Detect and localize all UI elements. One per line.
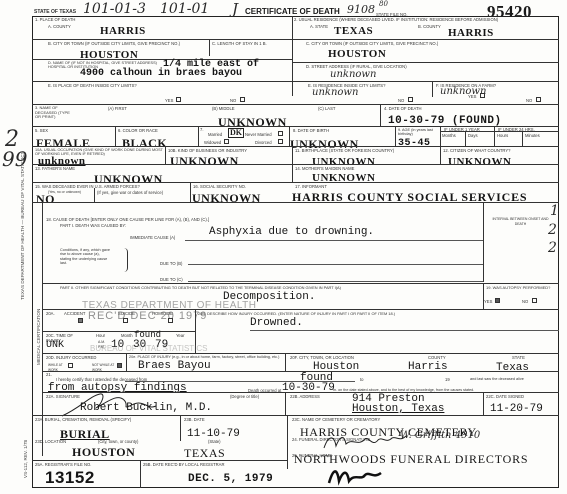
hours-label: Hours [497, 133, 508, 138]
months-label: Months [442, 133, 456, 138]
interval-mark-2: 2 [548, 222, 557, 238]
registrar-file-value: 13152 [45, 468, 95, 488]
father-label: 13. FATHER'S NAME [35, 166, 75, 171]
divider [140, 460, 141, 488]
burial-state-value: TEXAS [184, 446, 225, 461]
divider [198, 126, 199, 146]
conditions-brace [124, 248, 128, 272]
res-inside-no-label: NO [398, 98, 404, 103]
age-label: 9. AGE (In years last birthday) [398, 128, 438, 136]
registrar-file-label: 25a. REGISTRAR'S FILE NO. [35, 462, 91, 467]
divider [395, 126, 396, 146]
state-label: STATE OF TEXAS [34, 10, 76, 15]
interval-mark-3: 2 [548, 240, 557, 256]
part1-label: PART I. DEATH WAS CAUSED BY: [60, 223, 126, 228]
never-married-label: Never Married [245, 132, 272, 137]
degree-label: (Degree or title) [230, 394, 259, 399]
divider [440, 126, 441, 146]
divider [285, 392, 286, 415]
address-label: 22b. ADDRESS [290, 394, 320, 399]
divider [292, 62, 559, 63]
burial-date-label: 23b. DATE [184, 417, 205, 422]
divider [42, 331, 195, 332]
hand-title-note-2: 80 [379, 0, 388, 8]
res-state-value: TEXAS [334, 25, 373, 37]
divider [32, 202, 559, 203]
farm-yes-checkbox[interactable] [480, 93, 485, 98]
divider [465, 131, 466, 146]
registrar-signature [325, 465, 385, 487]
last-name-label: (c) Last [318, 106, 335, 111]
res-inside-no-checkbox[interactable] [408, 97, 413, 102]
farm-yes-label: YES [468, 94, 476, 99]
certification-label: 21. [46, 372, 52, 377]
form-no-label: VS-112, REV. 1/78 [23, 440, 28, 478]
business-label: 10b. KIND OF BUSINESS OR INDUSTRY [168, 148, 247, 153]
yes-label: YES [165, 98, 173, 103]
divider [32, 146, 559, 147]
inside-city-label: e. IS PLACE OF DEATH INSIDE CITY LIMITS? [48, 83, 137, 88]
minutes-label: Minutes [525, 133, 540, 138]
autopsy-no-label: NO [522, 299, 528, 304]
last-saw-text: and last saw the deceased alive [470, 377, 524, 382]
director-signature-text: W. Griffith 4910 [400, 430, 480, 441]
widowed-label: Widowed [204, 140, 221, 145]
divider [287, 415, 288, 469]
physician-name-value: Robert Bucklin, M.D. [80, 402, 212, 414]
res-city-label: c. CITY OR TOWN (If outside city limits,… [306, 41, 438, 46]
injury-location-label: 20f. CITY, TOWN, OR LOCATION [290, 355, 354, 360]
usual-residence-label: 2. USUAL RESIDENCE (Where deceased lived… [294, 17, 498, 22]
immediate-cause-value: Asphyxia due to drowning. [209, 226, 374, 238]
res-inside-value: unknown [312, 87, 358, 98]
armed-forces-label: 15. WAS DECEASED EVER IN U.S. ARMED FORC… [35, 184, 140, 189]
divider [32, 182, 559, 183]
autopsy-yes-label: YES [484, 299, 492, 304]
divider [250, 330, 559, 331]
res-state-label: a. STATE [310, 24, 328, 29]
due-to-c-label: DUE TO (c) [160, 277, 183, 282]
place-of-death-label: 1. PLACE OF DEATH [35, 17, 75, 22]
divider [494, 126, 495, 146]
marital-label: 7. [200, 127, 204, 132]
dept-side-label: TEXAS DEPARTMENT OF HEALTH — BUREAU OF V… [20, 151, 25, 300]
location-sub-label: (City, town, or county) [98, 439, 138, 444]
burial-location-value: HOUSTON [72, 445, 135, 460]
divider [483, 392, 484, 415]
divider [522, 131, 523, 146]
medical-side-label: MEDICAL CERTIFICATION [36, 309, 41, 365]
address-line-2: Houston, Texas [352, 403, 444, 415]
divider [188, 264, 483, 265]
state-sub-label: (State) [208, 439, 221, 444]
divider [292, 39, 559, 40]
divider [42, 353, 559, 354]
divider [126, 353, 127, 371]
margin-mark-99: 99 [2, 147, 27, 171]
widowed-checkbox[interactable] [224, 139, 229, 144]
hour-label: Hour [96, 333, 105, 338]
to-label: to [360, 377, 364, 382]
stay-label: c. LENGTH OF STAY in 1 b. [212, 41, 287, 46]
race-label: 6. COLOR OR RACE [118, 128, 158, 133]
sex-label: 5. SEX [35, 128, 48, 133]
county-label: a. COUNTY [48, 24, 71, 29]
divider [285, 353, 286, 371]
inside-city-yes-checkbox[interactable] [176, 97, 181, 102]
hand-title-note: 9108 [347, 3, 375, 16]
divider [483, 283, 484, 309]
divider [32, 460, 287, 461]
ssn-value: UNKNOWN [192, 191, 261, 206]
year-label: Year [176, 333, 184, 338]
autopsy-label: 19. WAS AUTOPSY PERFORMED? [486, 285, 556, 290]
hospital-line-2: 4900 calhoun in braes bayou [80, 68, 242, 79]
farm-no-label: NO [526, 98, 532, 103]
divider [209, 39, 210, 56]
ssn-label: 16. SOCIAL SECURITY NO. [193, 184, 246, 189]
divider [32, 415, 559, 416]
no-label: NO [230, 98, 236, 103]
divider [32, 81, 559, 82]
divider [440, 146, 441, 164]
married-label: Married [208, 132, 222, 137]
death-city-label: b. CITY OR TOWN (If outside city limits,… [48, 41, 180, 46]
days-label: Days [468, 133, 478, 138]
divider [292, 16, 293, 96]
divider [185, 240, 483, 241]
divider [190, 182, 191, 202]
hand-code-2: 101-01 [160, 1, 209, 17]
burial-location-label: 23d. LOCATION [35, 439, 66, 444]
injury-state-value: Texas [496, 362, 529, 374]
cemetery-label: 23c. NAME OF CEMETERY OR CREMATORY [292, 417, 380, 422]
registrar-date-label: 25b. DATE REC'D BY LOCAL REGISTRAR [143, 462, 224, 467]
divider [380, 104, 381, 126]
burial-type-label: 23a. BURIAL, CREMATION, REMOVAL (Specify… [35, 417, 131, 422]
business-value: UNKNOWN [170, 154, 239, 169]
divorced-label: Divorced [255, 140, 272, 145]
divorced-checkbox[interactable] [278, 139, 283, 144]
injury-county-label: COUNTY [428, 355, 446, 360]
injury-state-label: STATE [512, 355, 525, 360]
divider [32, 104, 559, 105]
date-signed-value: 11-20-79 [490, 403, 543, 415]
while-at-work-checkbox[interactable] [68, 363, 73, 368]
first-name-label: (a) First [108, 106, 127, 111]
immediate-cause-label: IMMEDIATE CAUSE (a) [130, 235, 175, 240]
divider [440, 131, 559, 132]
divider [32, 39, 292, 40]
injury-type-label: 20a. [46, 311, 55, 316]
death-county-value: HARRIS [100, 25, 146, 37]
divider [432, 81, 433, 97]
res-county-label: b. COUNTY [418, 24, 441, 29]
stamp-line-3: BUREAU OF VITAL STATISTICS [90, 344, 208, 353]
name-label: 3. NAME OF DECEASED (Type or print) [35, 106, 75, 120]
divider [115, 126, 116, 146]
inside-city-no-checkbox[interactable] [240, 97, 245, 102]
certificate-title: CERTIFICATE OF DEATH [245, 7, 340, 16]
citizen-label: 12. CITIZEN OF WHAT COUNTRY? [443, 148, 510, 153]
farm-no-checkbox[interactable] [536, 97, 541, 102]
date-of-death-label: 4. DATE OF DEATH [384, 106, 422, 111]
cause-of-death-label: 18. CAUSE OF DEATH [Enter only one cause… [46, 217, 209, 222]
nineteen-label: 19 [445, 377, 450, 382]
divider [165, 146, 166, 164]
divider [42, 283, 559, 284]
interval-mark-1: 1 [550, 203, 559, 219]
divider [483, 202, 484, 282]
informant-label: 17. INFORMANT [295, 184, 327, 189]
due-to-b-label: DUE TO (b) [160, 261, 182, 266]
injury-how-value: Drowned. [250, 317, 303, 329]
marital-mark: DK [228, 128, 244, 138]
divider [188, 281, 483, 282]
age-value: 35-45 [398, 138, 431, 149]
injury-occurred-label: 20d. INJURY OCCURRED [46, 355, 96, 360]
armed-forces-value: NO [36, 192, 55, 207]
month-label: Month [121, 333, 133, 338]
received-stamp: TEXAS DEPARTMENT OF HEALTH REC'D DEC 20 … [70, 300, 255, 330]
date-signed-label: 22c. DATE SIGNED [486, 394, 524, 399]
conditions-note: Conditions, if any, which gave rise to a… [60, 248, 110, 266]
res-street-value: unknown [330, 69, 376, 80]
birthplace-label: 11. BIRTHPLACE (State or foreign country… [295, 148, 394, 153]
not-at-work-checkbox[interactable] [117, 363, 122, 368]
divider [180, 415, 181, 441]
registrar-date-value: DEC. 5, 1979 [188, 473, 273, 485]
interval-label: INTERVAL BETWEEN ONSET AND DEATH [488, 217, 553, 227]
divider [32, 164, 559, 165]
never-married-checkbox[interactable] [278, 131, 283, 136]
armed-forces-dates-label: (If yes, give war or dates of service) [97, 190, 163, 195]
res-city-value: HOUSTON [328, 48, 386, 60]
dob-label: 8. DATE OF BIRTH [293, 128, 329, 133]
middle-name-label: (b) Middle [212, 106, 235, 111]
mother-label: 14. MOTHER'S MAIDEN NAME [295, 166, 354, 171]
citizen-value: UNKNOWN [448, 156, 511, 168]
autopsy-yes-checkbox[interactable] [495, 298, 500, 303]
divider [94, 188, 95, 202]
injury-time-value: UNK [46, 340, 64, 351]
injury-place-label: 20e. PLACE OF INJURY (e.g., in or about … [129, 355, 289, 359]
res-county-value: HARRIS [448, 27, 494, 39]
part2-label: PART II. OTHER SIGNIFICANT CONDITIONS CO… [60, 285, 341, 290]
autopsy-no-checkbox[interactable] [532, 298, 537, 303]
stamp-line-2: REC'D DEC 20 1979 [88, 310, 207, 322]
divider [32, 126, 559, 127]
hand-code-1: 101-01-3 [83, 1, 146, 17]
